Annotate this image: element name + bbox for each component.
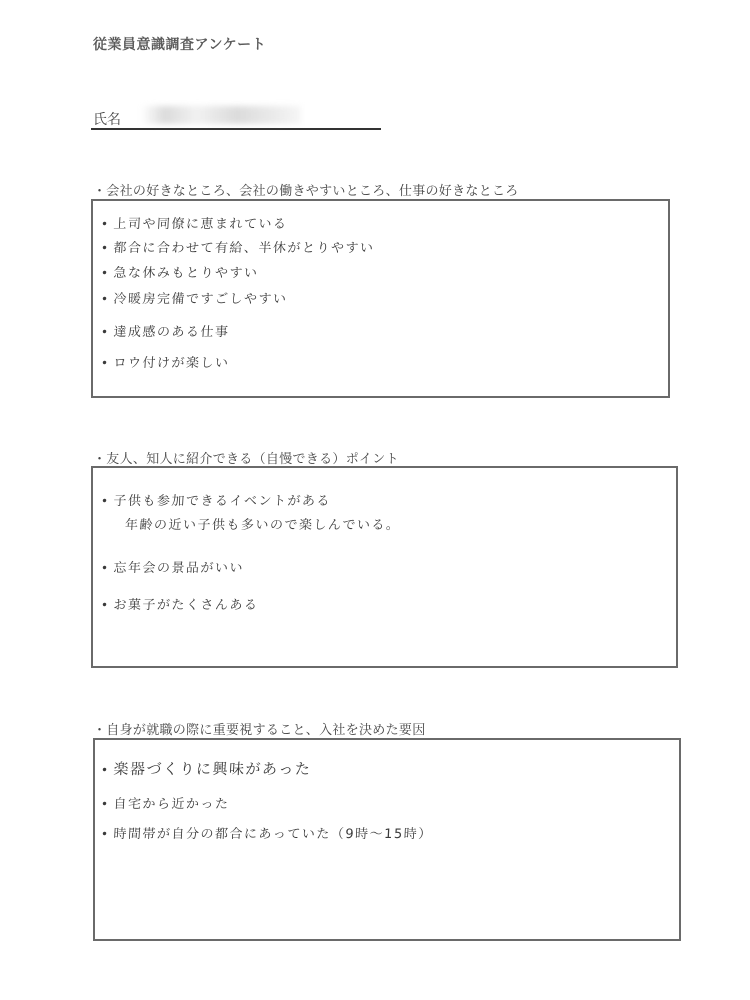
survey-title: 従業員意識調査アンケート	[93, 34, 266, 54]
answer-item: 冷暖房完備ですごしやすい	[101, 288, 289, 307]
section-2-label: ・友人、知人に紹介できる（自慢できる）ポイント	[93, 448, 399, 467]
answer-item: ロウ付けが楽しい	[101, 352, 231, 371]
answer-item: 時間帯が自分の都合にあっていた（9時～15時）	[101, 823, 434, 842]
answer-item: 上司や同僚に恵まれている	[101, 213, 289, 232]
name-value-redacted: (redacted)	[141, 106, 301, 124]
name-field-row: 氏名 (redacted)	[91, 106, 381, 130]
answer-item: 自宅から近かった	[101, 793, 231, 812]
section-2-answer-box: 子供も参加できるイベントがある 年齢の近い子供も多いので楽しんでいる。 忘年会の…	[91, 466, 678, 668]
section-3-label: ・自身が就職の際に重要視すること、入社を決めた要因	[93, 719, 426, 738]
answer-item: 忘年会の景品がいい	[101, 557, 245, 576]
section-1-answer-box: 上司や同僚に恵まれている 都合に合わせて有給、半休がとりやすい 急な休みもとりや…	[91, 199, 670, 398]
answer-item: 急な休みもとりやすい	[101, 262, 260, 281]
answer-item: 達成感のある仕事	[101, 321, 231, 340]
section-3-answer-box: 楽器づくりに興味があった 自宅から近かった 時間帯が自分の都合にあっていた（9時…	[93, 738, 681, 941]
answer-item: 子供も参加できるイベントがある	[101, 490, 332, 509]
name-label: 氏名	[93, 109, 121, 129]
section-1-label: ・会社の好きなところ、会社の働きやすいところ、仕事の好きなところ	[93, 180, 519, 199]
answer-item: 都合に合わせて有給、半休がとりやすい	[101, 237, 376, 256]
answer-item-continuation: 年齢の近い子供も多いので楽しんでいる。	[105, 514, 402, 533]
answer-item: お菓子がたくさんある	[101, 594, 260, 613]
answer-item: 楽器づくりに興味があった	[100, 758, 312, 779]
